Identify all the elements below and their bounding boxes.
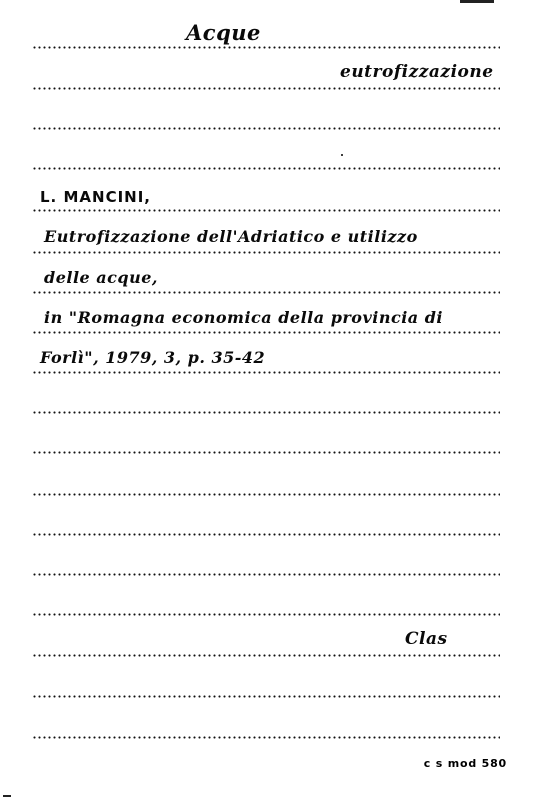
ruled-line bbox=[32, 533, 500, 536]
ruled-line bbox=[32, 127, 500, 130]
ruled-line bbox=[32, 291, 500, 294]
subject-subheading: eutrofizzazione bbox=[340, 62, 494, 82]
title-line-2: delle acque, bbox=[44, 268, 158, 287]
ruled-line bbox=[32, 411, 500, 414]
ruled-line bbox=[32, 331, 500, 334]
ruled-line bbox=[32, 371, 500, 374]
top-edge-mark bbox=[460, 0, 494, 3]
ruled-line bbox=[32, 209, 500, 212]
ruled-line bbox=[32, 493, 500, 496]
ruled-line bbox=[32, 451, 500, 454]
subject-heading: Acque bbox=[186, 20, 261, 45]
source-line-2: Forlì", 1979, 3, p. 35-42 bbox=[40, 348, 265, 367]
ruled-line bbox=[32, 87, 500, 90]
corner-mark bbox=[3, 795, 11, 797]
ruled-line bbox=[32, 695, 500, 698]
ruled-line bbox=[32, 613, 500, 616]
form-code: c s mod 580 bbox=[424, 757, 507, 770]
source-line-1: in "Romagna economica della provincia di bbox=[44, 308, 443, 327]
stray-mark bbox=[341, 154, 343, 156]
ruled-line bbox=[32, 654, 500, 657]
ruled-line bbox=[32, 46, 500, 49]
author-name: L. MANCINI, bbox=[40, 188, 151, 206]
ruled-line bbox=[32, 573, 500, 576]
title-line-1: Eutrofizzazione dell'Adriatico e utilizz… bbox=[44, 227, 418, 246]
ruled-line bbox=[32, 736, 500, 739]
ruled-line bbox=[32, 251, 500, 254]
classification-mark: Clas bbox=[405, 629, 448, 649]
ruled-line bbox=[32, 167, 500, 170]
catalog-card: Acque eutrofizzazione L. MANCINI, Eutrof… bbox=[0, 0, 535, 800]
